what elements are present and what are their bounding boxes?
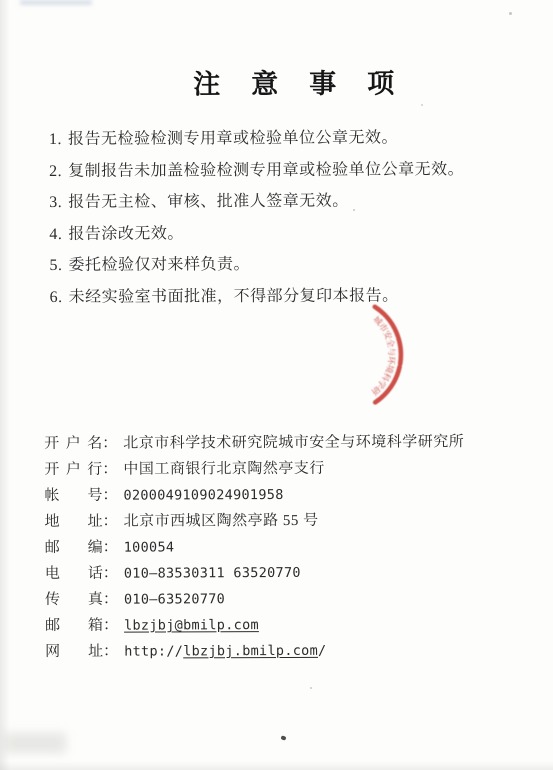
row-label: 网址 [45,643,103,662]
bank-value: 中国工商银行北京陶然亭支行 [123,460,325,479]
contact-row-account-name: 开户名：北京市科学技术研究院城市安全与环境科学研究所 [44,433,543,454]
account-name-value: 北京市科学技术研究院城市安全与环境科学研究所 [123,433,464,453]
postcode-value: 100054 [124,538,175,557]
notice-item-3: 3.报告无主检、审核、批准人签章无效。 [49,191,538,212]
row-colon: ： [102,487,117,506]
row-label: 邮编 [45,539,103,558]
item-text: 委托检验仅对来样负责。 [68,256,250,274]
item-text: 报告涂改无效。 [68,225,184,243]
item-number: 2. [49,161,62,180]
row-colon: ： [103,591,118,610]
row-label: 开户名 [44,435,102,454]
page-content: 注意事项 1.报告无检验检测专用章或检验单位公章无效。 2.复制报告未加盖检验检… [0,0,553,770]
notice-list: 1.报告无检验检测专用章或检验单位公章无效。 2.复制报告未加盖检验检测专用章或… [49,128,539,319]
row-colon: ： [102,435,117,454]
item-text: 复制报告未加盖检验检测专用章或检验单位公章无效。 [68,161,464,180]
contact-row-address: 地址：北京市西城区陶然亭路 55 号 [45,511,544,532]
contact-info-block: 开户名：北京市科学技术研究院城市安全与环境科学研究所 开户行：中国工商银行北京陶… [44,433,544,669]
item-number: 4. [49,224,62,243]
seal-arc-text: 城市安全与环境科学研究所 [344,297,399,397]
row-label: 电话 [45,565,103,584]
scanned-document-page: 注意事项 1.报告无检验检测专用章或检验单位公章无效。 2.复制报告未加盖检验检… [0,0,553,770]
row-label: 传真 [45,591,103,610]
account-number-value: 0200049109024901958 [123,486,283,505]
notice-item-6: 6.未经实验室书面批准，不得部分复印本报告。 [50,285,539,306]
email-link[interactable]: lbzjbj@bmilp.com [124,616,259,635]
row-colon: ： [103,565,118,584]
row-label: 邮箱 [45,617,103,636]
page-title: 注意事项 [0,61,552,102]
row-colon: ： [103,617,118,636]
row-colon: ： [103,513,118,532]
contact-row-fax: 传真：010—63520770 [45,589,544,610]
item-number: 5. [49,256,62,275]
notice-item-1: 1.报告无检验检测专用章或检验单位公章无效。 [49,128,538,149]
contact-row-phone: 电话：010—83530311 63520770 [45,563,544,584]
contact-row-bank: 开户行：中国工商银行北京陶然亭支行 [44,459,543,480]
row-label: 地址 [45,513,103,532]
svg-text:城市安全与环境科学研究所: 城市安全与环境科学研究所 [344,297,399,397]
notice-item-2: 2.复制报告未加盖检验检测专用章或检验单位公章无效。 [49,159,538,180]
contact-row-email: 邮箱：lbzjbj@bmilp.com [45,615,544,636]
notice-item-4: 4.报告涂改无效。 [49,222,538,243]
url-suffix: / [318,643,327,659]
item-text: 报告无主检、审核、批准人签章无效。 [68,193,349,211]
row-colon: ： [103,643,118,662]
item-number: 6. [50,287,63,306]
item-text: 报告无检验检测专用章或检验单位公章无效。 [68,129,398,147]
contact-row-postcode: 邮编：100054 [45,537,544,558]
website-link[interactable]: lbzjbj.bmilp.com [183,643,318,660]
row-colon: ： [103,539,118,558]
url-prefix: http:// [124,643,183,659]
row-colon: ： [102,461,117,480]
contact-row-account-number: 帐号：0200049109024901958 [44,485,543,506]
item-number: 3. [49,193,62,212]
red-seal-stamp-partial-icon: 城市安全与环境科学研究所 [344,297,447,413]
contact-row-website: 网址：http://lbzjbj.bmilp.com/ [45,641,544,662]
row-label: 帐号 [44,487,102,506]
phone-value: 010—83530311 63520770 [124,564,301,583]
website-url: http://lbzjbj.bmilp.com/ [124,642,326,661]
address-value: 北京市西城区陶然亭路 55 号 [124,512,319,531]
item-number: 1. [49,130,62,149]
row-label: 开户行 [44,461,102,480]
notice-item-5: 5.委托检验仅对来样负责。 [49,254,538,275]
fax-value: 010—63520770 [124,590,225,609]
